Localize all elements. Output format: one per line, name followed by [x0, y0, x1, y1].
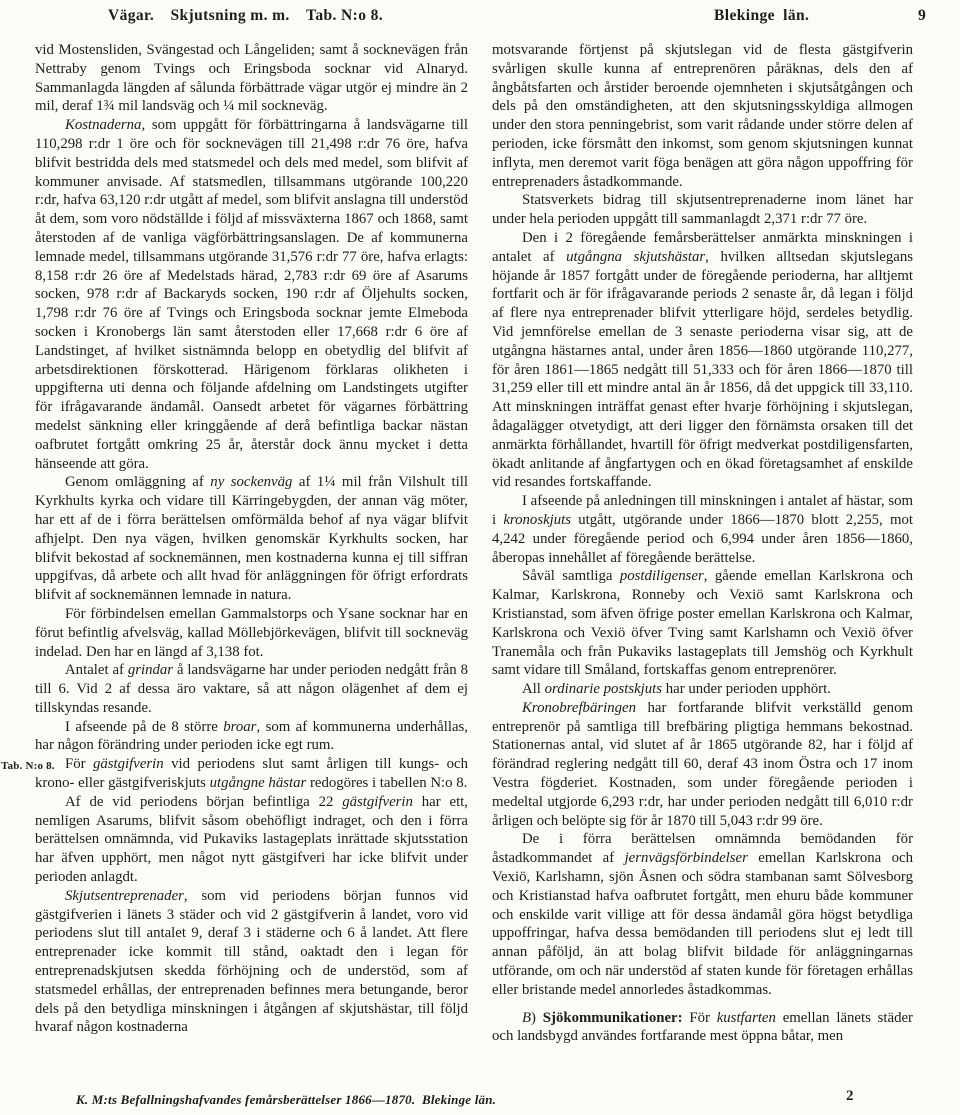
text-run: Antalet af	[65, 662, 128, 678]
text-run: B	[522, 1010, 531, 1026]
text-run: Genom omläggning af	[65, 474, 210, 490]
paragraph: Statsverkets bidrag till skjutsentrepren…	[492, 191, 913, 229]
text-run: För förbindelsen emellan Gammalstorps oc…	[35, 606, 468, 660]
text-run: , som vid periodens början funnos vid gä…	[35, 888, 468, 1036]
text-run: jernvägsförbindelser	[625, 850, 748, 866]
text-run: Statsverkets bidrag till skjutsentrepren…	[492, 192, 913, 227]
text-run: utgångna skjutshästar	[566, 249, 705, 265]
paragraph: motsvarande förtjenst på skjutslegan vid…	[492, 41, 913, 191]
text-run: emellan Karlskrona och Vexiö, Karlshamn,…	[492, 850, 913, 998]
text-run: Kronobrefbäringen	[522, 700, 636, 716]
page-number: 9	[918, 7, 926, 25]
text-run: kronoskjuts	[503, 512, 571, 528]
paragraph: För förbindelsen emellan Gammalstorps oc…	[35, 605, 468, 661]
paragraph: Såväl samtliga postdiligenser, gående em…	[492, 567, 913, 680]
text-run: )	[531, 1010, 543, 1026]
paragraph: De i förra berättelsen omnämnda bemödand…	[492, 830, 913, 999]
text-run: Såväl samtliga	[522, 568, 620, 584]
text-run: Skjutsentreprenader	[65, 888, 184, 904]
text-run: , som uppgått för förbättringarna å land…	[35, 117, 468, 471]
text-run: , hvilken alltsedan skjutslegans höjande…	[492, 249, 913, 491]
text-run: postdiligenser	[620, 568, 704, 584]
paragraph: Tab. N:o 8.För gästgifverin vid perioden…	[35, 755, 468, 793]
paragraph: Den i 2 föregående femårsberättelser anm…	[492, 229, 913, 492]
signature-mark: 2	[846, 1088, 854, 1105]
text-run: redogöres i tabellen N:o 8.	[306, 775, 467, 791]
text-run: har fortfarande blifvit verkställd genom…	[492, 700, 913, 829]
paragraph: I afseende på de 8 större broar, som af …	[35, 718, 468, 756]
running-head-left: Vägar. Skjutsning m. m. Tab. N:o 8.	[108, 7, 383, 25]
text-run: vid Mostensliden, Svängestad och Långeli…	[35, 42, 468, 114]
text-run: Af de vid periodens början befintliga 22	[65, 794, 342, 810]
text-run: ordinarie postskjuts	[545, 681, 662, 697]
paragraph: vid Mostensliden, Svängestad och Långeli…	[35, 41, 468, 116]
footer-imprint: K. M:ts Befallningshafvandes femårsberät…	[76, 1092, 496, 1108]
text-run: All	[522, 681, 545, 697]
text-run: För	[65, 756, 93, 772]
text-run: , gående emellan Karlskrona och Kalmar, …	[492, 568, 913, 678]
paragraph: B) Sjökommunikationer: För kustfarten em…	[492, 1009, 913, 1047]
text-run: gästgifverin	[93, 756, 164, 772]
text-run: broar	[223, 719, 256, 735]
left-column: vid Mostensliden, Svängestad och Långeli…	[35, 41, 468, 1037]
text-run: ny sockenväg	[210, 474, 292, 490]
right-column: motsvarande förtjenst på skjutslegan vid…	[492, 41, 913, 1046]
paragraph: Skjutsentreprenader, som vid periodens b…	[35, 887, 468, 1037]
text-run: kustfarten	[717, 1010, 776, 1026]
scanned-document-page: Vägar. Skjutsning m. m. Tab. N:o 8. Blek…	[0, 0, 960, 1115]
paragraph: I afseende på anledningen till minskning…	[492, 492, 913, 567]
text-run: I afseende på de 8 större	[65, 719, 223, 735]
text-run: Sjökommunikationer:	[543, 1010, 683, 1026]
running-head-right: Blekinge län.	[714, 7, 809, 25]
text-run: gästgifverin	[342, 794, 413, 810]
text-run: Kostnaderna	[65, 117, 141, 133]
text-run: af 1¼ mil från Vilshult till Kyrkhults k…	[35, 474, 468, 603]
paragraph: All ordinarie postskjuts har under perio…	[492, 680, 913, 699]
paragraph: Af de vid periodens början befintliga 22…	[35, 793, 468, 887]
text-run: grindar	[128, 662, 173, 678]
paragraph: Genom omläggning af ny sockenväg af 1¼ m…	[35, 473, 468, 605]
text-run: har under perioden upphört.	[662, 681, 831, 697]
paragraph: Antalet af grindar å landsvägarne har un…	[35, 661, 468, 717]
paragraph: Kronobrefbäringen har fortfarande blifvi…	[492, 699, 913, 831]
text-run: motsvarande förtjenst på skjutslegan vid…	[492, 42, 913, 190]
margin-note: Tab. N:o 8.	[1, 757, 55, 776]
paragraph: Kostnaderna, som uppgått för förbättring…	[35, 116, 468, 473]
text-run: För	[683, 1010, 717, 1026]
text-run: utgångne hästar	[210, 775, 307, 791]
